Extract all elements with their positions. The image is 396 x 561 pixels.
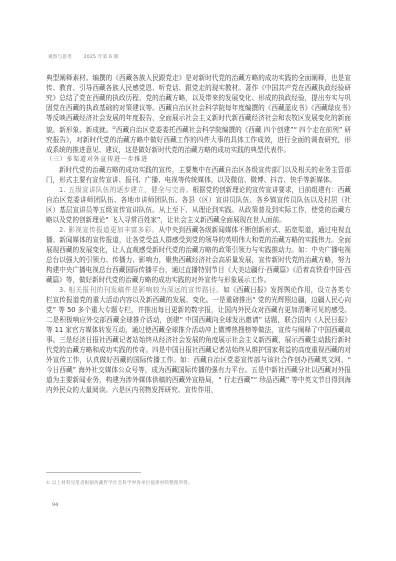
paragraph-press: 3. 相关报刊的刊发稿件是影响较为深远的宣传路径。如《西藏日报》发挥舆论作用，设… [46, 285, 351, 395]
paragraph-lead: 1. 五级宣讲队伍的逐步建立，健全与完善。 [59, 186, 193, 194]
journal-name: 观察与思考 [48, 55, 72, 60]
paragraph-continuation: 典型阐释素材。编撰的《西藏各族人民跟党走》是对新时代党的治藏方略的成功实践的全面… [46, 73, 351, 155]
section-subheading: （三）多渠道对外宣传进一步推进 [46, 155, 351, 165]
paragraph: 新时代党的治藏方略的成功实践的宣传，主要集中在西藏自治区各级宣传部门以及相关的业… [46, 165, 351, 185]
footnote: ① 以上材料见笔者根据西藏哲学社会科学界各单位提供材料整理所得。 [46, 480, 193, 486]
issue-number: 2025 年第 6 期 [84, 55, 119, 60]
article-body: 典型阐释素材。编撰的《西藏各族人民跟党走》是对新时代党的治藏方略的成功实践的全面… [46, 73, 351, 395]
paragraph-lecture-teams: 1. 五级宣讲队伍的逐步建立，健全与完善。根据党的创新理论的宣传宣讲要求，目前组… [46, 185, 351, 225]
running-header: 观察与思考 2025 年第 6 期 [48, 54, 129, 60]
footnote-marker: ① [46, 481, 50, 486]
footnote-text: 以上材料见笔者根据西藏哲学社会科学界各单位提供材料整理所得。 [52, 481, 193, 486]
page-number: 94 [52, 502, 58, 508]
paragraph-lead: 2. 影视宣传报道更加丰富多彩。 [59, 226, 159, 234]
paragraph-lead: 3. 相关报刊的刊发稿件是影响较为深远的宣传路径。 [59, 286, 223, 294]
paragraph-media: 2. 影视宣传报道更加丰富多彩。从中央到西藏各级新闻媒体不断创新形式、拓宽渠道，… [46, 225, 351, 285]
footnote-divider [46, 472, 141, 473]
